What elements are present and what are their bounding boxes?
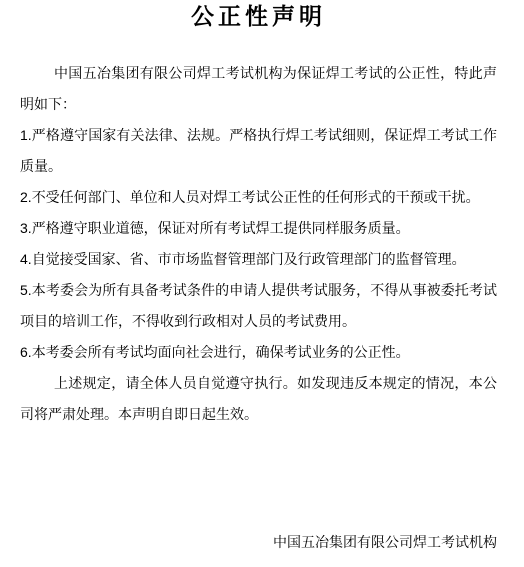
statement-item-2: 2.不受任何部门、单位和人员对焊工考试公正性的任何形式的干预或干扰。 <box>20 182 497 213</box>
item-text: 不受任何部门、单位和人员对焊工考试公正性的任何形式的干预或干扰。 <box>32 189 480 205</box>
item-number: 1. <box>20 127 32 143</box>
document-body: 中国五冶集团有限公司焊工考试机构为保证焊工考试的公正性，特此声明如下： 1.严格… <box>20 58 497 558</box>
item-number: 6. <box>20 344 32 360</box>
statement-item-5: 5.本考委会为所有具备考试条件的申请人提供考试服务，不得从事被委托考试项目的培训… <box>20 275 497 337</box>
statement-item-1: 1.严格遵守国家有关法律、法规。严格执行焊工考试细则，保证焊工考试工作质量。 <box>20 120 497 182</box>
closing-paragraph: 上述规定，请全体人员自觉遵守执行。如发现违反本规定的情况，本公司将严肃处理。本声… <box>20 368 497 430</box>
item-text: 本考委会所有考试均面向社会进行，确保考试业务的公正性。 <box>32 344 410 360</box>
document-title: 公正性声明 <box>20 2 497 30</box>
item-text: 自觉接受国家、省、市市场监督管理部门及行政管理部门的监督管理。 <box>32 251 466 267</box>
item-number: 2. <box>20 189 32 205</box>
item-text: 严格遵守职业道德，保证对所有考试焊工提供同样服务质量。 <box>32 220 410 236</box>
document-page: 公正性声明 中国五冶集团有限公司焊工考试机构为保证焊工考试的公正性，特此声明如下… <box>0 0 524 567</box>
intro-paragraph: 中国五冶集团有限公司焊工考试机构为保证焊工考试的公正性，特此声明如下： <box>20 58 497 120</box>
item-number: 5. <box>20 282 32 298</box>
statement-item-6: 6.本考委会所有考试均面向社会进行，确保考试业务的公正性。 <box>20 337 497 368</box>
item-number: 4. <box>20 251 32 267</box>
statement-item-3: 3.严格遵守职业道德，保证对所有考试焊工提供同样服务质量。 <box>20 213 497 244</box>
item-text: 本考委会为所有具备考试条件的申请人提供考试服务，不得从事被委托考试项目的培训工作… <box>20 282 497 329</box>
statement-item-4: 4.自觉接受国家、省、市市场监督管理部门及行政管理部门的监督管理。 <box>20 244 497 275</box>
signature-line: 中国五冶集团有限公司焊工考试机构 <box>20 527 497 558</box>
item-number: 3. <box>20 220 32 236</box>
item-text: 严格遵守国家有关法律、法规。严格执行焊工考试细则，保证焊工考试工作质量。 <box>20 127 497 174</box>
